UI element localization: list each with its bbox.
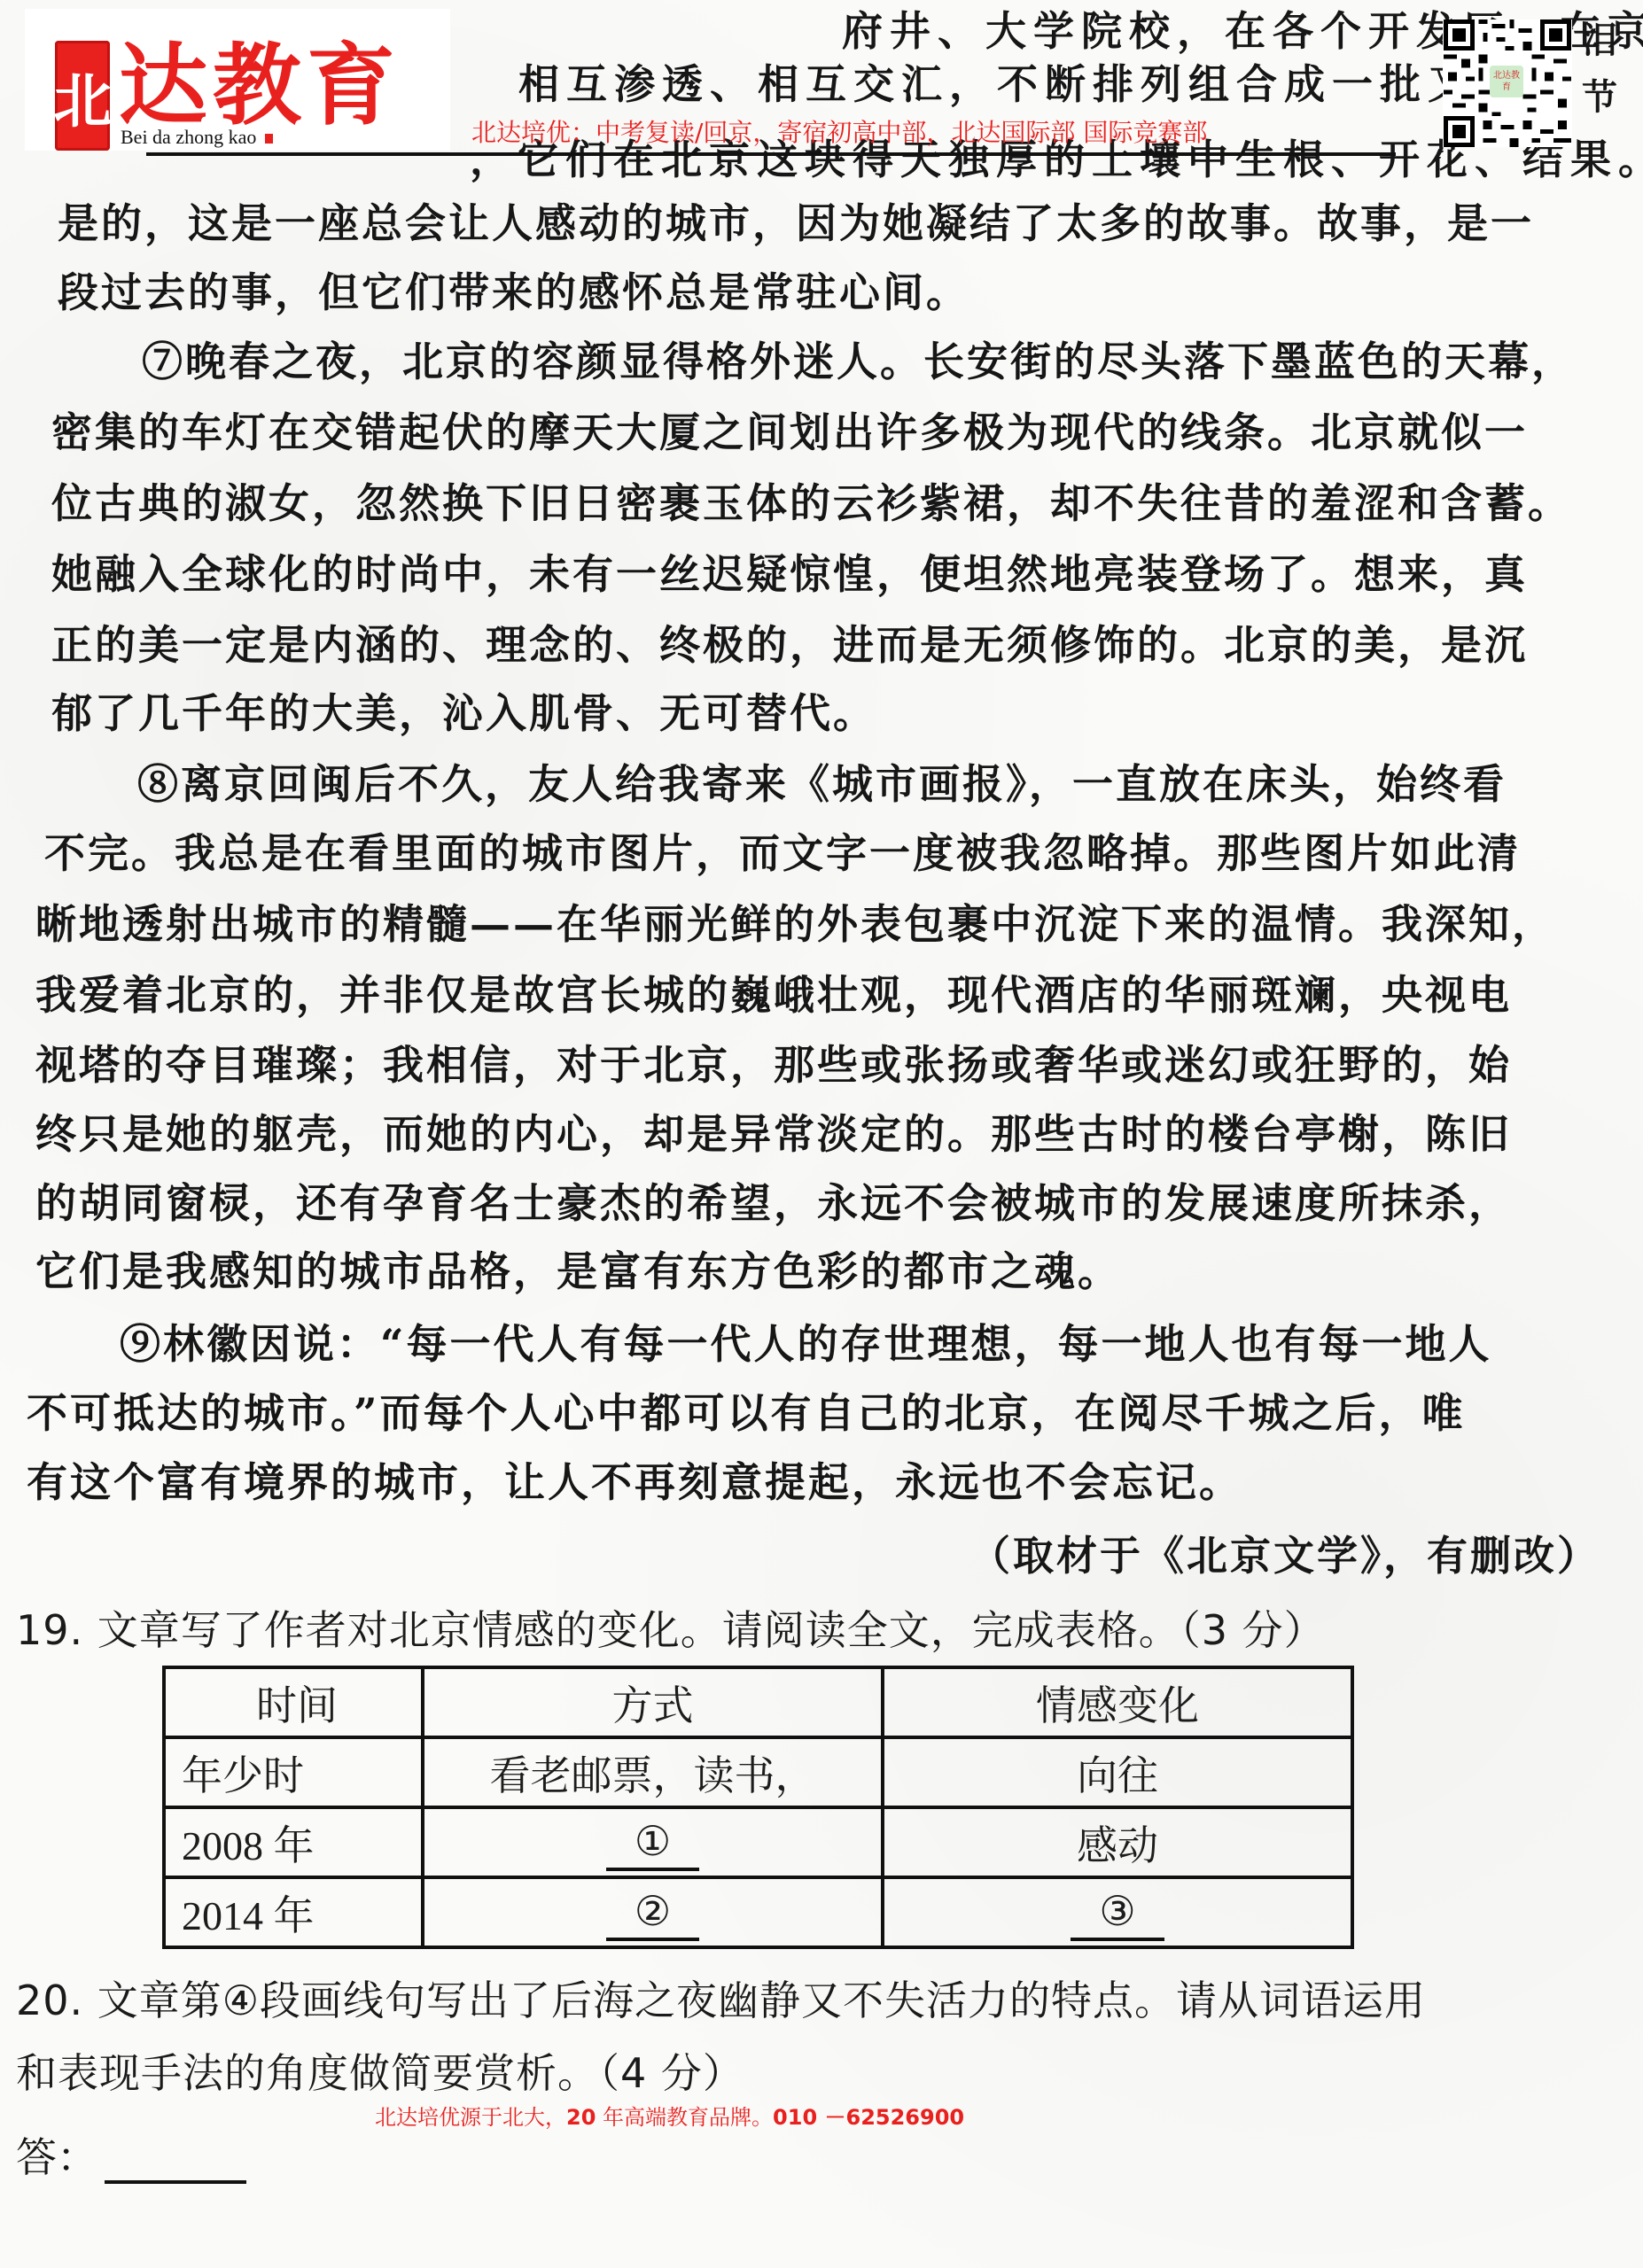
passage-line: 位古典的淑女，忽然换下旧日密裹玉体的云衫紫裙，却不失往昔的羞涩和含蓄。 — [51, 477, 1571, 530]
table-cell: 2014 年 — [164, 1877, 423, 1947]
emotion-change-table: 时间 方式 情感变化 年少时 看老邮票，读书， 向往 2008 年 ① 感动 2… — [162, 1666, 1354, 1949]
passage-line: ⑨林徽因说：“每一代人有每一代人的存世理想，每一地人也有每一地人 — [120, 1317, 1491, 1371]
table-cell: 看老邮票，读书， — [423, 1737, 883, 1807]
passage-line: 郁了几千年的大美，沁入肌骨、无可替代。 — [51, 687, 876, 740]
passage-line: 密集的车灯在交错起伏的摩天大厦之间划出许多极为现代的线条。北京就似一 — [51, 406, 1528, 459]
answer-blank-cell[interactable]: ② — [423, 1877, 883, 1947]
table-row: 2014 年 ② ③ — [164, 1877, 1352, 1947]
footer-phone: 010 －62526900 — [773, 2105, 964, 2130]
answer-input-line[interactable] — [105, 2154, 246, 2184]
passage-line: 晰地透射出城市的精髓——在华丽光鲜的外表包裹中沉淀下来的温情。我深知， — [35, 897, 1555, 951]
side-char-1: 泪 — [1582, 12, 1617, 63]
table-row: 2008 年 ① 感动 — [164, 1807, 1352, 1877]
side-char-2: 节 — [1582, 69, 1617, 120]
passage-line: 不完。我总是在看里面的城市图片，而文字一度被我忽略掉。那些图片如此清 — [44, 827, 1521, 880]
passage-line: 有这个富有境界的城市，让人不再刻意提起，永远也不会忘记。 — [27, 1456, 1242, 1509]
passage-line: 是的，这是一座总会让人感动的城市，因为她凝结了太多的故事。故事，是一 — [58, 197, 1534, 250]
passage-line: 她融入全球化的时尚中，未有一丝迟疑惊惶，便坦然地亮装登场了。想来，真 — [51, 548, 1528, 601]
passage-line: 我爱着北京的，并非仅是故宫长城的巍峨壮观，现代酒店的华丽斑斓，央视电 — [35, 968, 1512, 1021]
passage-line: 不可抵达的城市。”而每个人心中都可以有自己的北京，在阅尽千城之后，唯 — [27, 1386, 1465, 1440]
table-cell: 年少时 — [164, 1737, 423, 1807]
table-header-cell: 时间 — [164, 1667, 423, 1737]
top-fragment-line-2: 相互渗透、相互交汇，不断排列组合成一批又一 — [518, 58, 1523, 111]
header-divider — [146, 152, 1396, 156]
table-header-cell: 方式 — [423, 1667, 883, 1737]
qr-code[interactable]: 北达教育 — [1443, 19, 1572, 147]
question-20-prompt-line-2: 和表现手法的角度做简要赏析。（4 分） — [16, 2047, 744, 2100]
fragment-text: 在各个开发区，在京城的各个 — [1225, 7, 1643, 55]
header-logo-area: 北 达教育 Bei da zhong kao — [25, 9, 450, 151]
source-citation: （取材于《北京文学》，有删改） — [969, 1524, 1600, 1582]
answer-blank-2[interactable]: ② — [606, 1884, 699, 1941]
table-row: 年少时 看老邮票，读书， 向往 — [164, 1737, 1352, 1807]
answer-blank-cell[interactable]: ③ — [883, 1877, 1352, 1947]
question-19-prompt: 19. 文章写了作者对北京情感的变化。请阅读全文，完成表格。（3 分） — [16, 1604, 1326, 1657]
logo-subtitle: Bei da zhong kao — [121, 126, 273, 149]
table-header-cell: 情感变化 — [883, 1667, 1352, 1737]
passage-line: 段过去的事，但它们带来的感怀总是常驻心间。 — [58, 266, 969, 319]
answer-label: 答： — [16, 2133, 97, 2181]
answer-blank-3[interactable]: ③ — [1071, 1884, 1164, 1941]
passage-line: 正的美一定是内涵的、理念的、终极的，进而是无须修饰的。北京的美，是沉 — [51, 618, 1528, 672]
logo-text: 达教育 — [119, 32, 401, 138]
footer-text: 北达培优源于北大， — [375, 2105, 566, 2130]
promo-banner: 北达培优：中考复读/回京，寄宿初高中部，北达国际部 国际竞赛部 — [471, 113, 1207, 149]
passage-line: 的胡同窗棂，还有孕育名士豪杰的希望，永远不会被城市的发展速度所抹杀， — [35, 1177, 1512, 1230]
square-icon — [265, 134, 273, 144]
passage-line: 视塔的夺目璀璨；我相信，对于北京，那些或张扬或奢华或迷幻或狂野的，始 — [35, 1038, 1512, 1091]
passage-line: 它们是我感知的城市品格，是富有东方色彩的都市之魂。 — [35, 1245, 1121, 1298]
fragment-text: 府井、大学院校， — [842, 7, 1225, 55]
table-cell: 感动 — [883, 1807, 1352, 1877]
passage-line: 终只是她的躯壳，而她的内心，却是异常淡定的。那些古时的楼台亭榭，陈旧 — [35, 1107, 1512, 1161]
exam-page: 府井、大学院校，在各个开发区，在京城的各个 相互渗透、相互交汇，不断排列组合成一… — [0, 0, 1643, 2268]
footer-text: 年高端教育品牌。 — [596, 2105, 773, 2130]
logo-icon: 北 — [55, 41, 110, 151]
table-cell: 向往 — [883, 1737, 1352, 1807]
footer-promo: 北达培优源于北大，20 年高端教育品牌。010 －62526900 — [375, 2100, 964, 2131]
table-cell: 2008 年 — [164, 1807, 423, 1877]
footer-years: 20 — [566, 2105, 596, 2130]
passage-line: ⑧离京回闽后不久，友人给我寄来《城市画报》，一直放在床头，始终看 — [137, 757, 1507, 811]
logo-subtitle-text: Bei da zhong kao — [121, 126, 256, 148]
table-header-row: 时间 方式 情感变化 — [164, 1667, 1352, 1737]
answer-row: 答： — [16, 2131, 246, 2184]
qr-center-logo: 北达教育 — [1490, 66, 1523, 97]
passage-line: ⑦晚春之夜，北京的容颜显得格外迷人。长安街的尽头落下墨蓝色的天幕， — [142, 335, 1575, 388]
answer-blank-cell[interactable]: ① — [423, 1807, 883, 1877]
answer-blank-1[interactable]: ① — [606, 1814, 699, 1871]
question-20-prompt-line-1: 20. 文章第④段画线句写出了后海之夜幽静又不失活力的特点。请从词语运用 — [16, 1974, 1426, 2027]
